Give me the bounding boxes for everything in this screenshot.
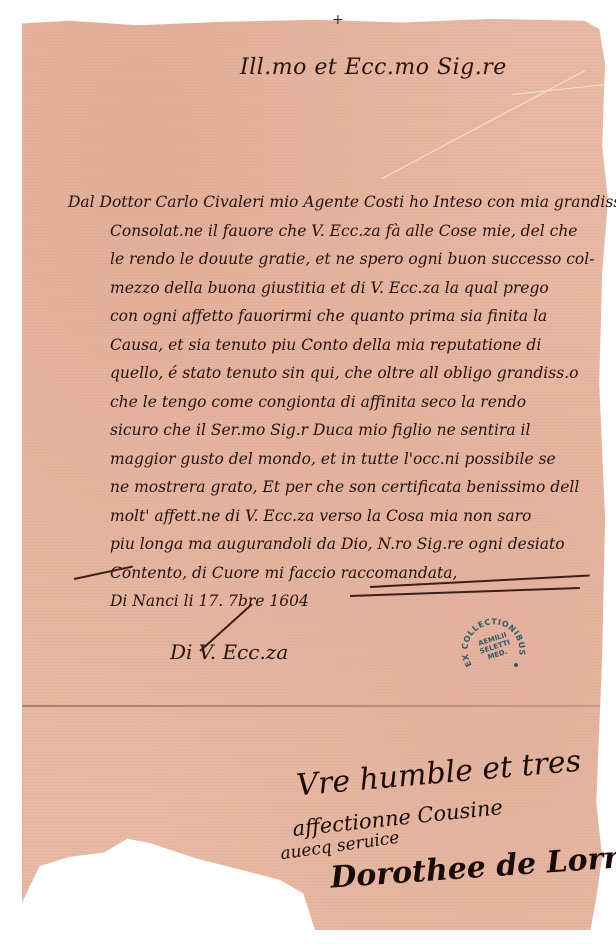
- closing-formula: Di V. Ecc.za: [170, 640, 288, 664]
- letter-line: Dal Dottor Carlo Civaleri mio Agente Cos…: [68, 188, 608, 217]
- collection-stamp: EX COLLECTIONIBUS AEMILII SELETTI MED.: [462, 615, 528, 681]
- letter-line: che le tengo come congionta di affinita …: [68, 388, 608, 417]
- letter-line: mezzo della buona giustitia et di V. Ecc…: [68, 274, 608, 303]
- salutation: Ill.mo et Ecc.mo Sig.re: [240, 55, 507, 80]
- letter-line: piu longa ma augurandoli da Dio, N.ro Si…: [68, 530, 608, 559]
- letter-line: Causa, et sia tenuto piu Conto della mia…: [68, 331, 608, 360]
- letter-line: Consolat.ne il fauore che V. Ecc.za fà a…: [68, 217, 608, 246]
- letter-line: con ogni affetto fauorirmi che quanto pr…: [68, 302, 608, 331]
- fold-line: [22, 705, 608, 707]
- letter-line: sicuro che il Ser.mo Sig.r Duca mio figl…: [68, 416, 608, 445]
- cross-mark: +: [332, 12, 344, 28]
- letter-line: le rendo le douute gratie, et ne spero o…: [68, 245, 608, 274]
- letter-line: Contento, di Cuore mi faccio raccomandat…: [68, 559, 608, 588]
- paper-crease: [512, 84, 607, 95]
- letter-body: Dal Dottor Carlo Civaleri mio Agente Cos…: [68, 188, 608, 616]
- paper-crease: [382, 70, 586, 179]
- letter-line: molt' affett.ne di V. Ecc.za verso la Co…: [68, 502, 608, 531]
- letter-line: maggior gusto del mondo, et in tutte l'o…: [68, 445, 608, 474]
- letter-line: ne mostrera grato, Et per che son certif…: [68, 473, 608, 502]
- dateline: Di Nanci li 17. 7bre 1604: [68, 587, 608, 616]
- letter-line: quello, é stato tenuto sin qui, che oltr…: [68, 359, 608, 388]
